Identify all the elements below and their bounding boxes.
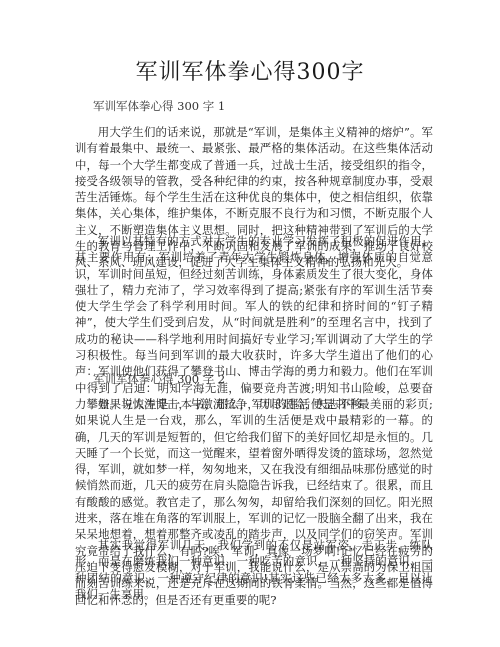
section-2-paragraph-2: 其实我觉得军训几天，我们学到的不仅是站军姿，走正步，练队形。而是在磨练我们一种意…: [75, 537, 433, 602]
section-heading: 军训军体拳心得 300 字 1: [75, 98, 433, 114]
section-2: 军训军体拳心得 300 字 2: [75, 371, 433, 387]
document-title: 军训军体拳心得300字: [0, 55, 500, 86]
section-1: 军训军体拳心得 300 字 1: [75, 98, 433, 114]
section-heading: 军训军体拳心得 300 字 2: [75, 371, 433, 387]
paragraph: 其实我觉得军训几天，我们学到的不仅是站军姿，走正步，练队形。而是在磨练我们一种意…: [75, 537, 433, 602]
